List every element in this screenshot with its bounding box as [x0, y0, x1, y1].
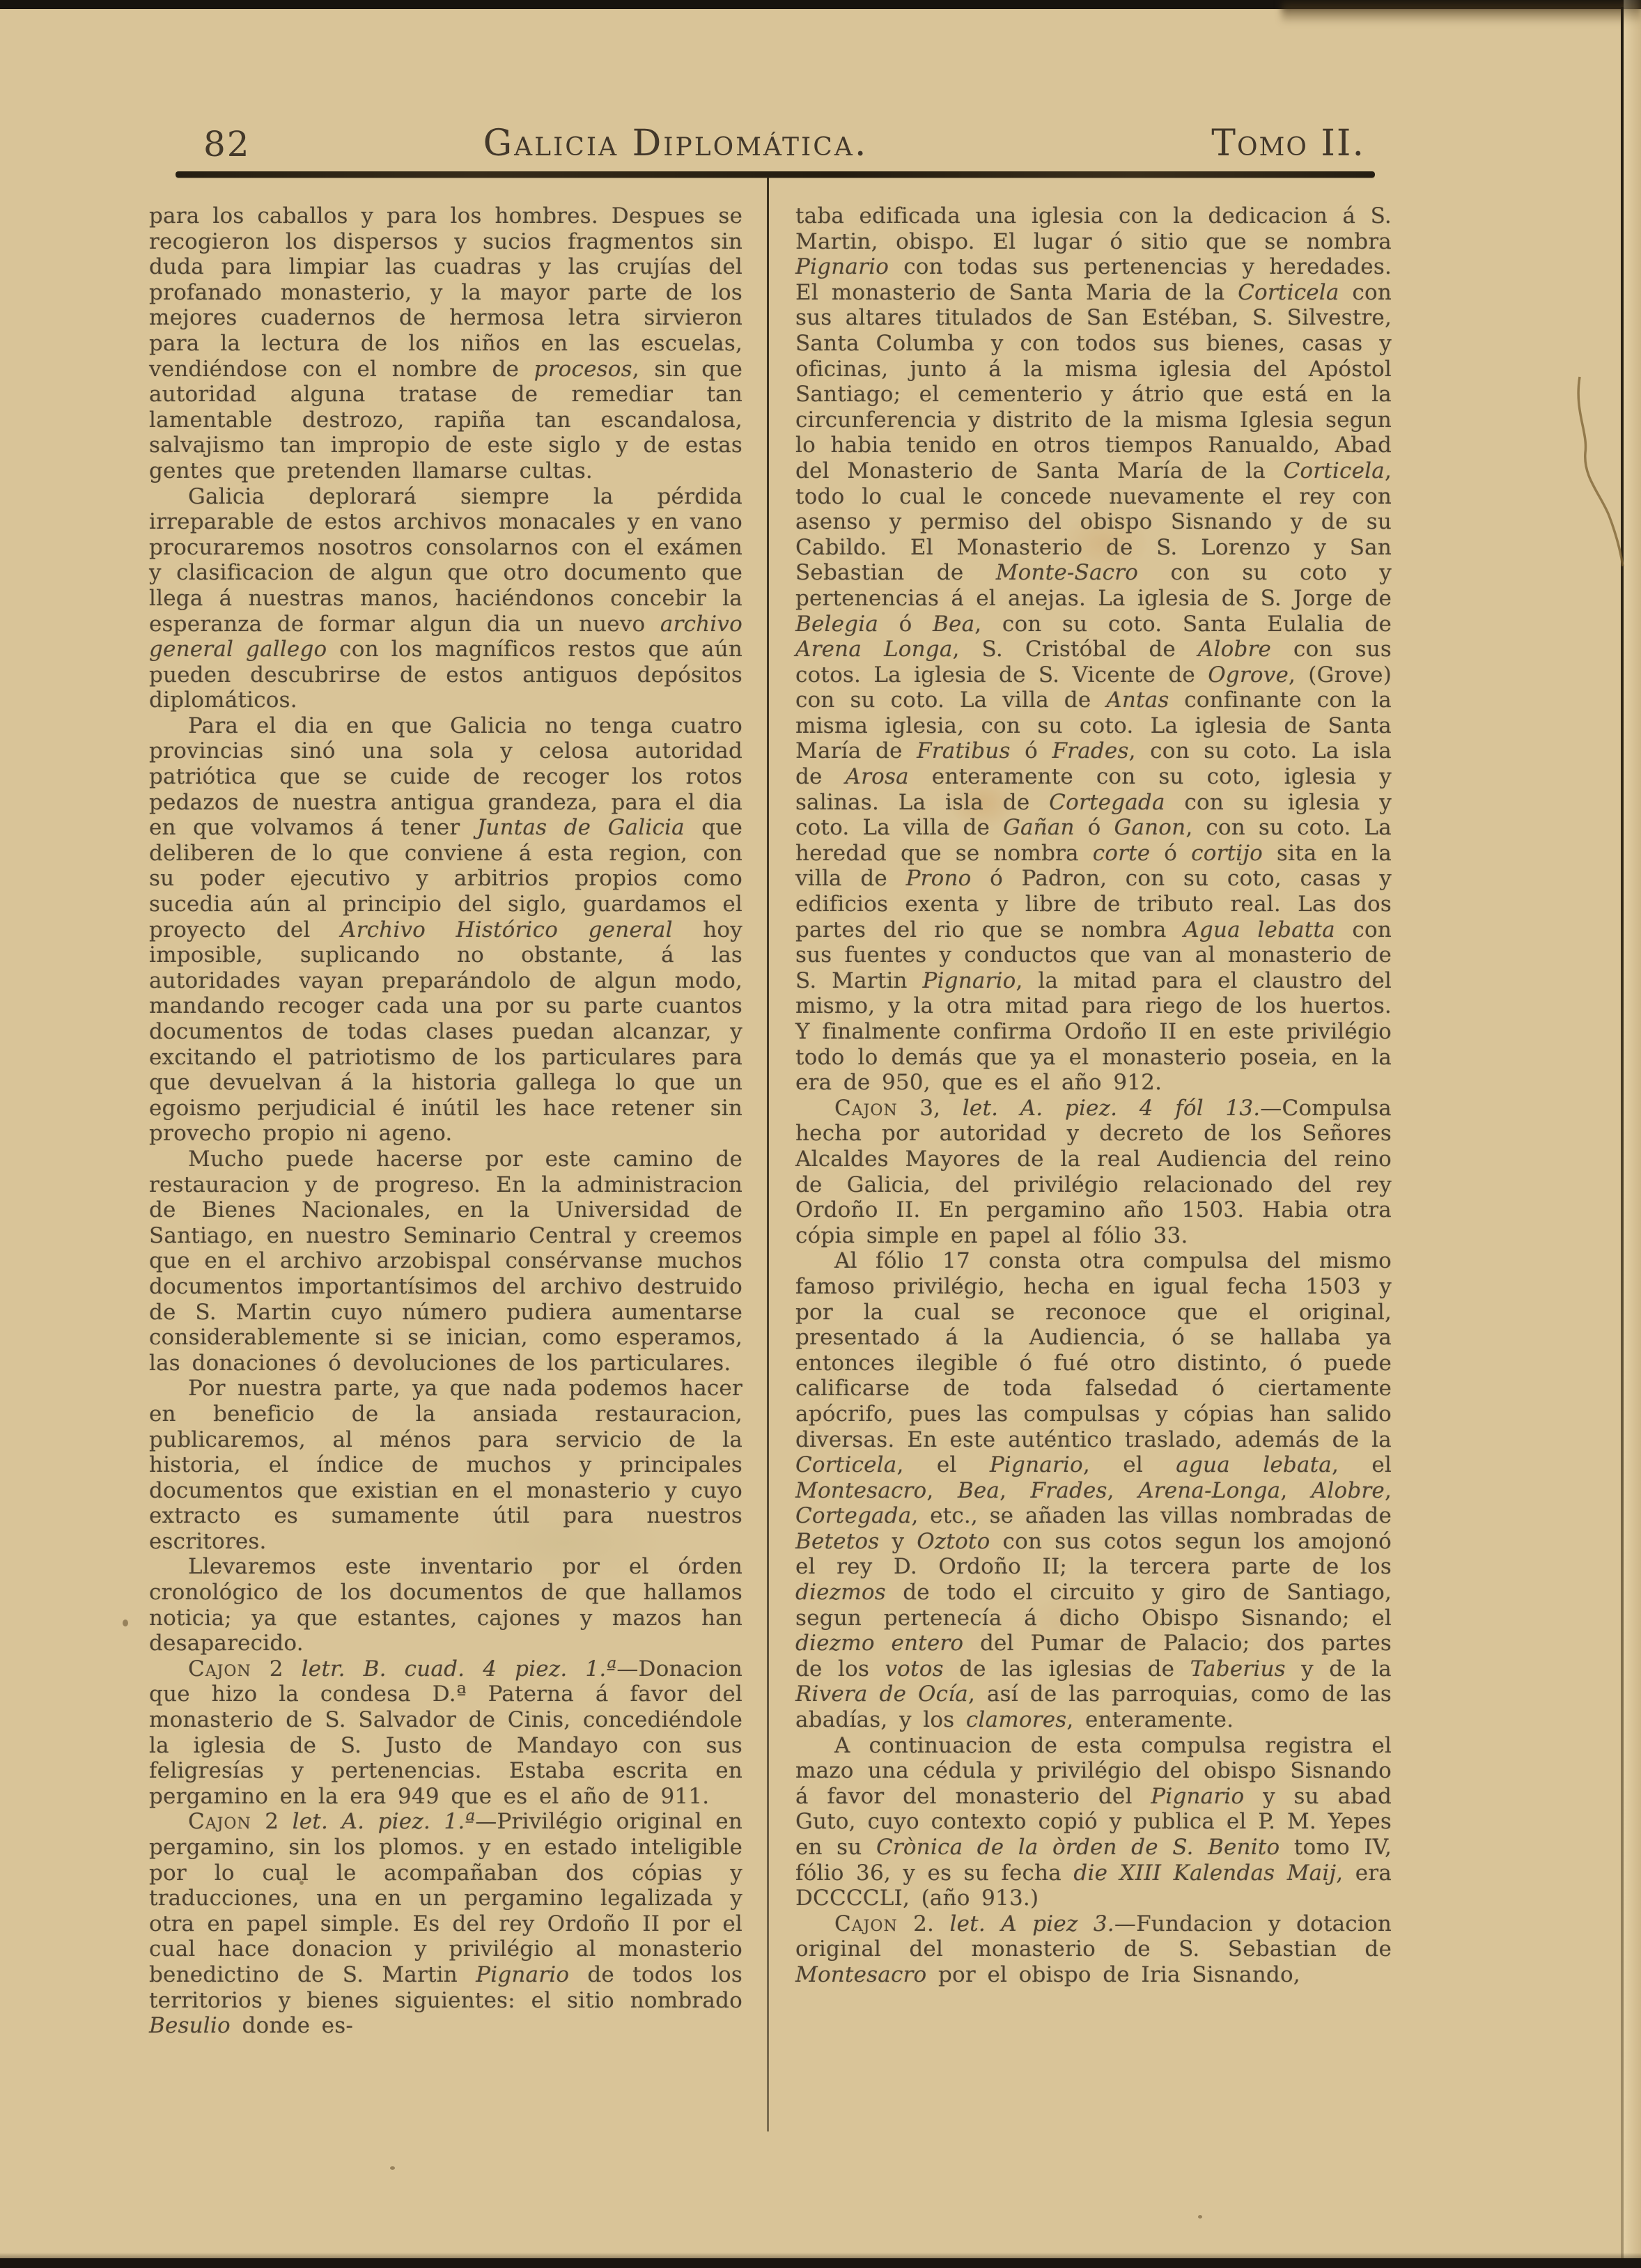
header-rule: [176, 171, 1375, 178]
paragraph: Mucho puede hacerse por este camino de r…: [149, 1147, 742, 1376]
italic-text: Bea: [958, 1478, 1000, 1503]
body-text: ó: [1011, 738, 1052, 763]
italic-text: let. A. piez. 4 fól 13.: [963, 1096, 1261, 1121]
italic-text: Belegia: [795, 612, 878, 637]
italic-text: Gañan: [1003, 815, 1075, 840]
paper-crack-mark: [1559, 373, 1628, 575]
paragraph: Cajon 3, let. A. piez. 4 fól 13.—Compuls…: [795, 1096, 1392, 1249]
italic-text: Pignario: [990, 1452, 1083, 1477]
italic-text: diezmos: [795, 1580, 886, 1605]
italic-text: Ganon: [1114, 815, 1186, 840]
italic-text: Arena Longa: [795, 637, 953, 662]
italic-text: Pignario: [795, 254, 889, 279]
paragraph: Galicia deplorará siempre la pérdida irr…: [149, 484, 742, 713]
italic-text: Montesacro: [795, 1478, 926, 1503]
italic-text: Bea: [933, 612, 974, 637]
body-text: taba edificada una iglesia con la dedica…: [795, 203, 1392, 254]
italic-text: Monte-Sacro: [996, 560, 1138, 585]
body-text: , el: [1332, 1452, 1392, 1477]
italic-text: Alobre: [1312, 1478, 1385, 1503]
paragraph: Para el dia en que Galicia no tenga cuat…: [149, 713, 742, 1147]
paragraph: para los caballos y para los hombres. De…: [149, 203, 742, 484]
paper-speck: [123, 1620, 128, 1626]
italic-text: Corticela: [1238, 280, 1339, 305]
italic-text: Juntas de Galicia: [477, 815, 685, 840]
italic-text: Fratibus: [917, 738, 1011, 763]
body-text: ,: [1280, 1478, 1311, 1503]
italic-text: Antas: [1106, 688, 1169, 713]
italic-text: Ogrove: [1208, 662, 1289, 688]
paragraph: Por nuestra parte, ya que nada podemos h…: [149, 1376, 742, 1554]
italic-text: cortijo: [1191, 841, 1263, 866]
body-text: 2.: [898, 1911, 950, 1936]
smallcaps-text: Cajon: [188, 1809, 251, 1834]
italic-text: Oztoto: [917, 1529, 990, 1554]
body-text: , el: [896, 1452, 989, 1477]
left-column: para los caballos y para los hombres. De…: [149, 203, 742, 2039]
column-divider: [767, 177, 769, 2131]
italic-text: Besulio: [149, 2013, 231, 2038]
italic-text: Frades: [1031, 1478, 1107, 1503]
body-text: , etc., se añaden las villas nombradas d…: [911, 1503, 1392, 1528]
italic-text: Pignario: [1151, 1784, 1244, 1809]
body-text: , el: [1083, 1452, 1176, 1477]
paper-speck: [390, 2166, 395, 2170]
body-text: , con su coto. Santa Eulalia de: [974, 612, 1392, 637]
page-number: 82: [203, 124, 251, 164]
body-text: —Privilégio original en pergamino, sin l…: [149, 1809, 742, 1987]
page-crease: [1621, 7, 1624, 2258]
journal-title: Galicia Diplomática.: [418, 123, 933, 164]
body-text: hoy imposible, suplicando no obstante, á…: [149, 917, 742, 1147]
paragraph: Cajon 2 letr. B. cuad. 4 piez. 1.ª—Donac…: [149, 1656, 742, 1810]
paragraph: A continuacion de esta compulsa registra…: [795, 1733, 1392, 1911]
body-text: Llevaremos este inventario por el órden …: [149, 1554, 742, 1656]
body-text: ,: [1107, 1478, 1138, 1503]
italic-text: Crònica de la òrden de S. Benito: [876, 1835, 1280, 1860]
body-text: ó: [878, 612, 933, 637]
volume-label: Tomo II.: [1121, 123, 1365, 164]
italic-text: agua lebata: [1176, 1452, 1332, 1477]
italic-text: Archivo Histórico general: [341, 917, 673, 942]
italic-text: clamores: [966, 1707, 1067, 1732]
smallcaps-text: Cajon: [188, 1656, 251, 1681]
body-text: con sus altares titulados de San Estéban…: [795, 280, 1392, 483]
paragraph: Al fólio 17 consta otra compulsa del mis…: [795, 1248, 1392, 1732]
body-text: para los caballos y para los hombres. De…: [149, 203, 742, 382]
italic-text: Taberius: [1190, 1656, 1286, 1681]
italic-text: Corticela: [795, 1452, 896, 1477]
italic-text: Prono: [906, 866, 972, 891]
italic-text: Alobre: [1198, 637, 1271, 662]
italic-text: Rivera de Ocía: [795, 1681, 968, 1707]
paragraph: Llevaremos este inventario por el órden …: [149, 1554, 742, 1656]
italic-text: votos: [885, 1656, 943, 1681]
paragraph: Cajon 2. let. A piez 3.—Fundacion y dota…: [795, 1911, 1392, 1988]
body-text: donde es-: [231, 2013, 353, 2038]
body-text: , S. Cristóbal de: [953, 637, 1198, 662]
italic-text: corte: [1093, 841, 1151, 866]
italic-text: Agua lebatta: [1183, 917, 1335, 942]
right-column: taba edificada una iglesia con la dedica…: [795, 203, 1392, 1988]
italic-text: Betetos: [795, 1529, 879, 1554]
italic-text: let. A. piez. 1.ª: [293, 1809, 476, 1834]
body-text: Al fólio 17 consta otra compulsa del mis…: [795, 1248, 1392, 1452]
smallcaps-text: Cajon: [834, 1096, 898, 1121]
italic-text: Arosa: [846, 764, 909, 789]
italic-text: Montesacro: [795, 1962, 926, 1987]
scan-edge-top-smudge: [1282, 0, 1641, 24]
paper-speck: [1198, 2215, 1202, 2219]
body-text: ó: [1150, 841, 1191, 866]
body-text: Mucho puede hacerse por este camino de r…: [149, 1147, 742, 1376]
paragraph: taba edificada una iglesia con la dedica…: [795, 203, 1392, 1096]
italic-text: letr. B. cuad. 4 piez. 1.ª: [302, 1656, 617, 1681]
body-text: Por nuestra parte, ya que nada podemos h…: [149, 1376, 742, 1554]
body-text: y de la: [1286, 1656, 1392, 1681]
italic-text: Pignario: [476, 1962, 569, 1987]
body-text: 3,: [898, 1096, 963, 1121]
body-text: por el obispo de Iria Sisnando,: [926, 1962, 1300, 1987]
italic-text: let. A piez 3.: [950, 1911, 1114, 1936]
italic-text: procesos: [534, 357, 632, 382]
italic-text: Cortegada: [795, 1503, 911, 1528]
body-text: 2: [251, 1809, 293, 1834]
italic-text: diezmo entero: [795, 1631, 963, 1656]
scan-edge-bottom: [0, 2258, 1641, 2268]
body-text: de las iglesias de: [944, 1656, 1190, 1681]
body-text: ,: [926, 1478, 957, 1503]
italic-text: Arena-Longa: [1138, 1478, 1280, 1503]
page-edge-margin: [1624, 0, 1641, 2268]
body-text: ó: [1075, 815, 1114, 840]
italic-text: die XIII Kalendas Maij: [1073, 1861, 1336, 1886]
body-text: ,: [1385, 1478, 1392, 1503]
smallcaps-text: Cajon: [834, 1911, 898, 1936]
body-text: y: [879, 1529, 917, 1554]
body-text: , enteramente.: [1066, 1707, 1234, 1732]
body-text: ,: [1000, 1478, 1030, 1503]
body-text: Galicia deplorará siempre la pérdida irr…: [149, 484, 742, 637]
italic-text: Frades: [1052, 738, 1128, 763]
italic-text: Pignario: [922, 968, 1016, 993]
italic-text: Corticela: [1283, 458, 1384, 483]
paragraph: Cajon 2 let. A. piez. 1.ª—Privilégio ori…: [149, 1809, 742, 2038]
italic-text: Cortegada: [1049, 790, 1165, 815]
page: 82 Galicia Diplomática. Tomo II. para lo…: [0, 0, 1641, 2268]
body-text: 2: [251, 1656, 302, 1681]
